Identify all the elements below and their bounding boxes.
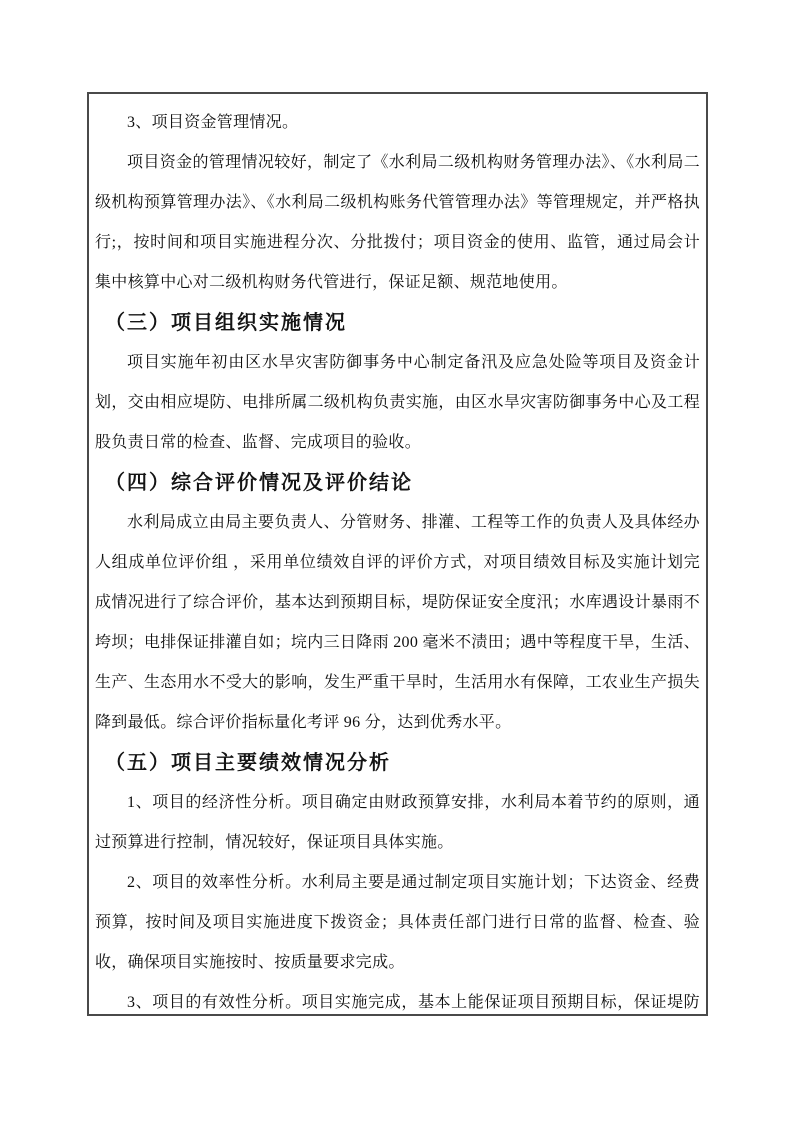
section-heading-3-organization: （三）项目组织实施情况 [95,303,700,343]
section-heading-5-performance-analysis: （五）项目主要绩效情况分析 [95,743,700,783]
paragraph-economy-analysis: 1、项目的经济性分析。项目确定由财政预算安排，水利局本着节约的原则，通过预算进行… [95,783,700,863]
document-page: 3、项目资金管理情况。 项目资金的管理情况较好，制定了《水利局二级机构财务管理办… [0,0,793,1122]
document-table-cell: 3、项目资金管理情况。 项目资金的管理情况较好，制定了《水利局二级机构财务管理办… [87,92,708,1016]
section-heading-4-evaluation: （四）综合评价情况及评价结论 [95,463,700,503]
paragraph-organization-body: 项目实施年初由区水旱灾害防御事务中心制定备汛及应急处险等项目及资金计划，交由相应… [95,343,700,463]
paragraph-evaluation-body: 水利局成立由局主要负责人、分管财务、排灌、工程等工作的负责人及具体经办人组成单位… [95,503,700,743]
paragraph-effectiveness-analysis: 3、项目的有效性分析。项目实施完成，基本上能保证项目预期目标，保证堤防防汛 [95,983,700,1016]
paragraph-fund-management-body: 项目资金的管理情况较好，制定了《水利局二级机构财务管理办法》、《水利局二级机构预… [95,143,700,303]
paragraph-efficiency-analysis: 2、项目的效率性分析。水利局主要是通过制定项目实施计划；下达资金、经费预算，按时… [95,863,700,983]
paragraph-fund-management-title: 3、项目资金管理情况。 [95,103,700,143]
